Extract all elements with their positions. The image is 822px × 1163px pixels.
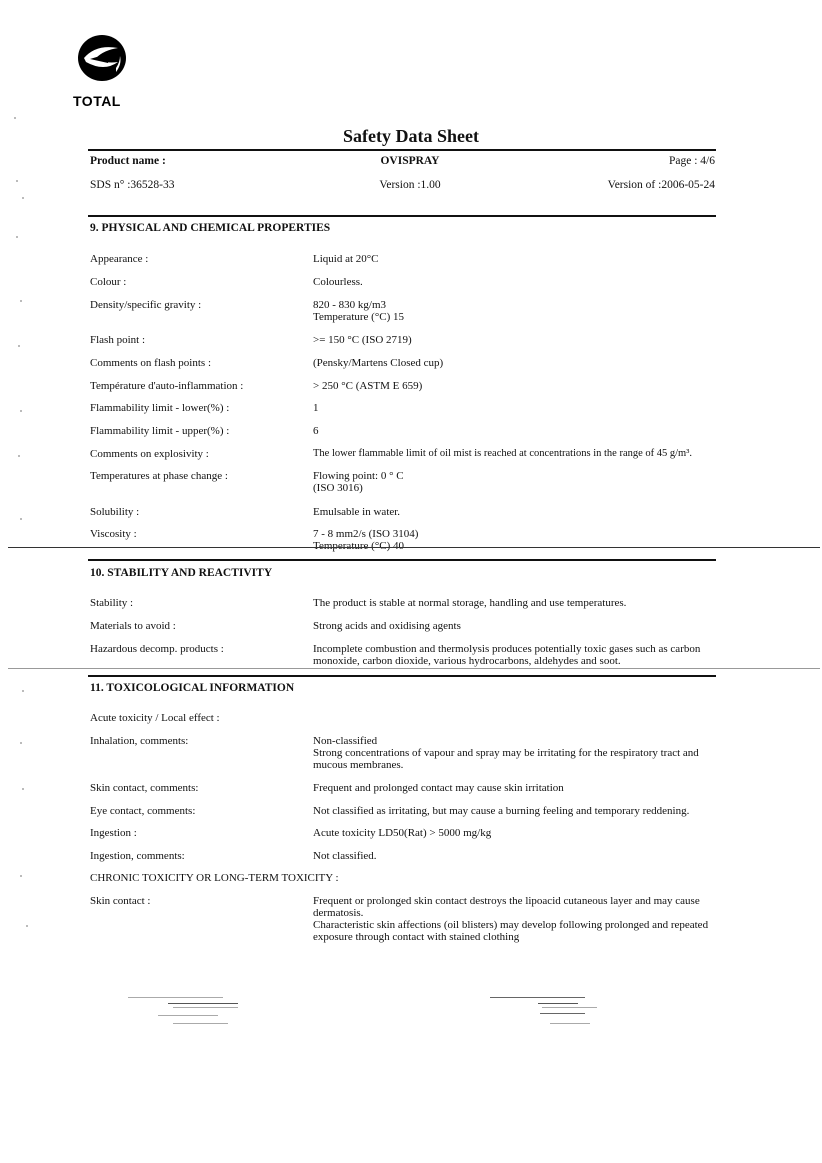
scan-artifact — [128, 995, 248, 1035]
document-title: Safety Data Sheet — [0, 126, 822, 147]
property-value: Not classified as irritating, but may ca… — [313, 805, 743, 818]
scan-speck — [18, 455, 20, 457]
property-value: Flowing point: 0 ° C — [313, 470, 733, 483]
page-number: Page : 4/6 — [560, 155, 715, 167]
property-value: Temperature (°C) 15 — [313, 311, 733, 324]
property-label: Skin contact, comments: — [90, 782, 310, 794]
property-label: Acute toxicity / Local effect : — [90, 712, 310, 724]
property-label: Eye contact, comments: — [90, 805, 310, 817]
header-rule — [88, 149, 716, 151]
scan-speck — [22, 690, 24, 692]
section-rule — [88, 675, 716, 677]
product-name: OVISPRAY — [300, 155, 520, 167]
section-title-10: 10. STABILITY AND REACTIVITY — [90, 567, 272, 579]
property-value: Liquid at 20°C — [313, 253, 733, 266]
chronic-toxicity-heading: CHRONIC TOXICITY OR LONG-TERM TOXICITY : — [90, 872, 490, 884]
property-value: Strong concentrations of vapour and spra… — [313, 747, 733, 760]
section-title-9: 9. PHYSICAL AND CHEMICAL PROPERTIES — [90, 222, 330, 234]
property-value: 7 - 8 mm2/s (ISO 3104) — [313, 528, 733, 541]
total-logo-icon — [74, 32, 130, 84]
property-label: Ingestion, comments: — [90, 850, 310, 862]
scan-speck — [20, 875, 22, 877]
sds-number: SDS n° :36528-33 — [90, 179, 174, 191]
property-value: (ISO 3016) — [313, 482, 733, 495]
property-label: Materials to avoid : — [90, 620, 310, 632]
property-value: Non-classified — [313, 735, 733, 748]
property-label: Viscosity : — [90, 528, 310, 540]
property-value: dermatosis. — [313, 907, 733, 920]
section-title-11: 11. TOXICOLOGICAL INFORMATION — [90, 682, 294, 694]
property-value: exposure through contact with stained cl… — [313, 931, 733, 944]
property-label: Appearance : — [90, 253, 310, 265]
property-value: (Pensky/Martens Closed cup) — [313, 357, 733, 370]
property-label: Flammability limit - upper(%) : — [90, 425, 310, 437]
property-value: Incomplete combustion and thermolysis pr… — [313, 643, 733, 656]
section-rule — [88, 559, 716, 561]
version-date: Version of :2006-05-24 — [560, 179, 715, 191]
property-label: Température d'auto-inflammation : — [90, 380, 310, 392]
property-label: Ingestion : — [90, 827, 310, 839]
section-rule — [88, 215, 716, 217]
page-break-rule — [8, 547, 820, 548]
scan-speck — [26, 925, 28, 927]
page-break-rule — [8, 668, 820, 669]
scan-speck — [20, 742, 22, 744]
property-value: Frequent or prolonged skin contact destr… — [313, 895, 733, 908]
property-value: 6 — [313, 425, 733, 438]
property-label: Flammability limit - lower(%) : — [90, 402, 310, 414]
scan-speck — [18, 345, 20, 347]
product-name-label: Product name : — [90, 155, 166, 167]
scan-artifact — [490, 995, 620, 1035]
property-value: Emulsable in water. — [313, 506, 733, 519]
property-value: > 250 °C (ASTM E 659) — [313, 380, 733, 393]
brand-name: TOTAL — [73, 93, 121, 109]
property-value: Colourless. — [313, 276, 733, 289]
property-value: >= 150 °C (ISO 2719) — [313, 334, 733, 347]
scan-speck — [20, 300, 22, 302]
property-label: Stability : — [90, 597, 310, 609]
version: Version :1.00 — [300, 179, 520, 191]
property-value: Strong acids and oxidising agents — [313, 620, 733, 633]
property-label: Density/specific gravity : — [90, 299, 310, 311]
property-label: Skin contact : — [90, 895, 310, 907]
property-value: The product is stable at normal storage,… — [313, 597, 733, 610]
property-label: Flash point : — [90, 334, 310, 346]
scan-speck — [16, 236, 18, 238]
property-label: Solubility : — [90, 506, 310, 518]
scan-speck — [20, 410, 22, 412]
property-label: Comments on explosivity : — [90, 448, 310, 460]
property-label: Temperatures at phase change : — [90, 470, 310, 482]
scan-speck — [22, 788, 24, 790]
property-value: 1 — [313, 402, 733, 415]
property-value: 820 - 830 kg/m3 — [313, 299, 733, 312]
property-value: Characteristic skin affections (oil blis… — [313, 919, 733, 932]
property-value: mucous membranes. — [313, 759, 733, 772]
property-label: Inhalation, comments: — [90, 735, 310, 747]
scan-speck — [20, 518, 22, 520]
property-label: Colour : — [90, 276, 310, 288]
property-value: Acute toxicity LD50(Rat) > 5000 mg/kg — [313, 827, 733, 840]
scan-speck — [14, 117, 16, 119]
scan-speck — [22, 197, 24, 199]
property-label: Comments on flash points : — [90, 357, 310, 369]
property-value: Frequent and prolonged contact may cause… — [313, 782, 733, 795]
property-value: Not classified. — [313, 850, 733, 863]
scan-speck — [16, 180, 18, 182]
property-label: Hazardous decomp. products : — [90, 643, 310, 655]
property-value: monoxide, carbon dioxide, various hydroc… — [313, 655, 733, 668]
property-value: The lower flammable limit of oil mist is… — [313, 448, 753, 461]
